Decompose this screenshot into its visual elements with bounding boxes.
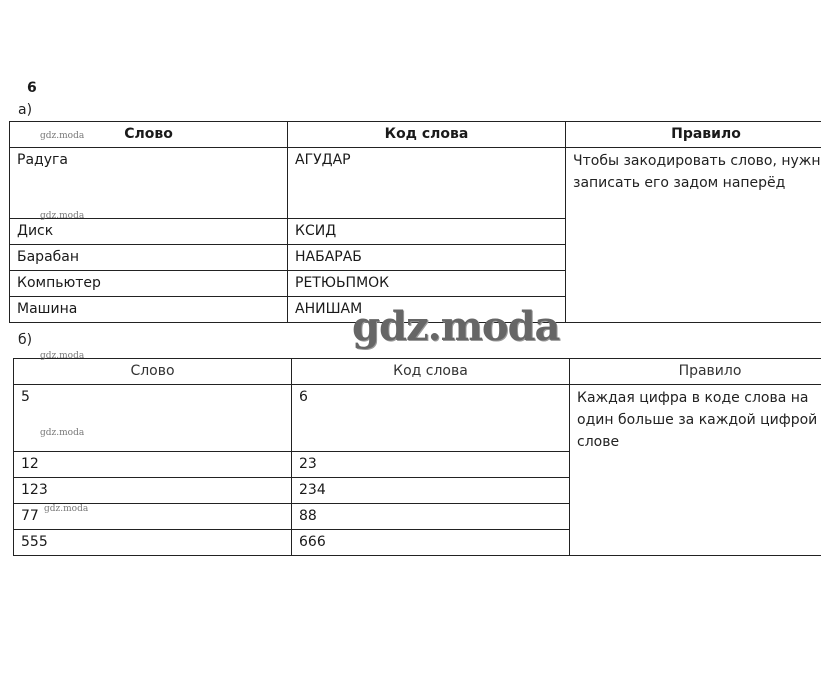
table-part-a: Слово Код слова Правило Радуга АГУДАР Чт… bbox=[9, 121, 821, 323]
watermark-small: gdz.moda bbox=[40, 351, 84, 361]
code-cell: 666 bbox=[292, 530, 570, 556]
exercise-number: 6 bbox=[27, 80, 37, 96]
watermark-small: gdz.moda bbox=[44, 504, 88, 514]
word-cell: 123 bbox=[14, 478, 292, 504]
code-cell: 23 bbox=[292, 452, 570, 478]
code-cell: 6 bbox=[292, 385, 570, 452]
watermark-large: gdz.moda bbox=[352, 303, 559, 350]
header-word: Слово bbox=[14, 359, 292, 385]
word-cell: Компьютер bbox=[10, 271, 288, 297]
word-cell: Машина bbox=[10, 297, 288, 323]
code-cell: АГУДАР bbox=[288, 148, 566, 219]
code-cell: НАБАРАБ bbox=[288, 245, 566, 271]
rule-cell: Чтобы закодировать слово, нужно записать… bbox=[566, 148, 821, 323]
part-a-label: а) bbox=[18, 102, 32, 118]
code-cell: КСИД bbox=[288, 219, 566, 245]
table-part-b: Слово Код слова Правило 5 6 Каждая цифра… bbox=[13, 358, 821, 556]
word-cell: 555 bbox=[14, 530, 292, 556]
header-code: Код слова bbox=[288, 122, 566, 148]
code-cell: 234 bbox=[292, 478, 570, 504]
header-rule: Правило bbox=[570, 359, 821, 385]
watermark-small: gdz.moda bbox=[40, 131, 84, 141]
part-b-label: б) bbox=[18, 332, 32, 348]
word-cell: 5 bbox=[14, 385, 292, 452]
word-cell: Радуга bbox=[10, 148, 288, 219]
word-cell: Диск bbox=[10, 219, 288, 245]
header-code: Код слова bbox=[292, 359, 570, 385]
table-header-row: Слово Код слова Правило bbox=[14, 359, 821, 385]
code-cell: 88 bbox=[292, 504, 570, 530]
table-row: Радуга АГУДАР Чтобы закодировать слово, … bbox=[10, 148, 821, 219]
header-rule: Правило bbox=[566, 122, 821, 148]
table-header-row: Слово Код слова Правило bbox=[10, 122, 821, 148]
rule-cell: Каждая цифра в коде слова на один больше… bbox=[570, 385, 821, 556]
table-row: 5 6 Каждая цифра в коде слова на один бо… bbox=[14, 385, 821, 452]
code-cell: РЕТЮЬПМОК bbox=[288, 271, 566, 297]
watermark-small: gdz.moda bbox=[40, 428, 84, 438]
watermark-small: gdz.moda bbox=[40, 211, 84, 221]
word-cell: Барабан bbox=[10, 245, 288, 271]
word-cell: 12 bbox=[14, 452, 292, 478]
